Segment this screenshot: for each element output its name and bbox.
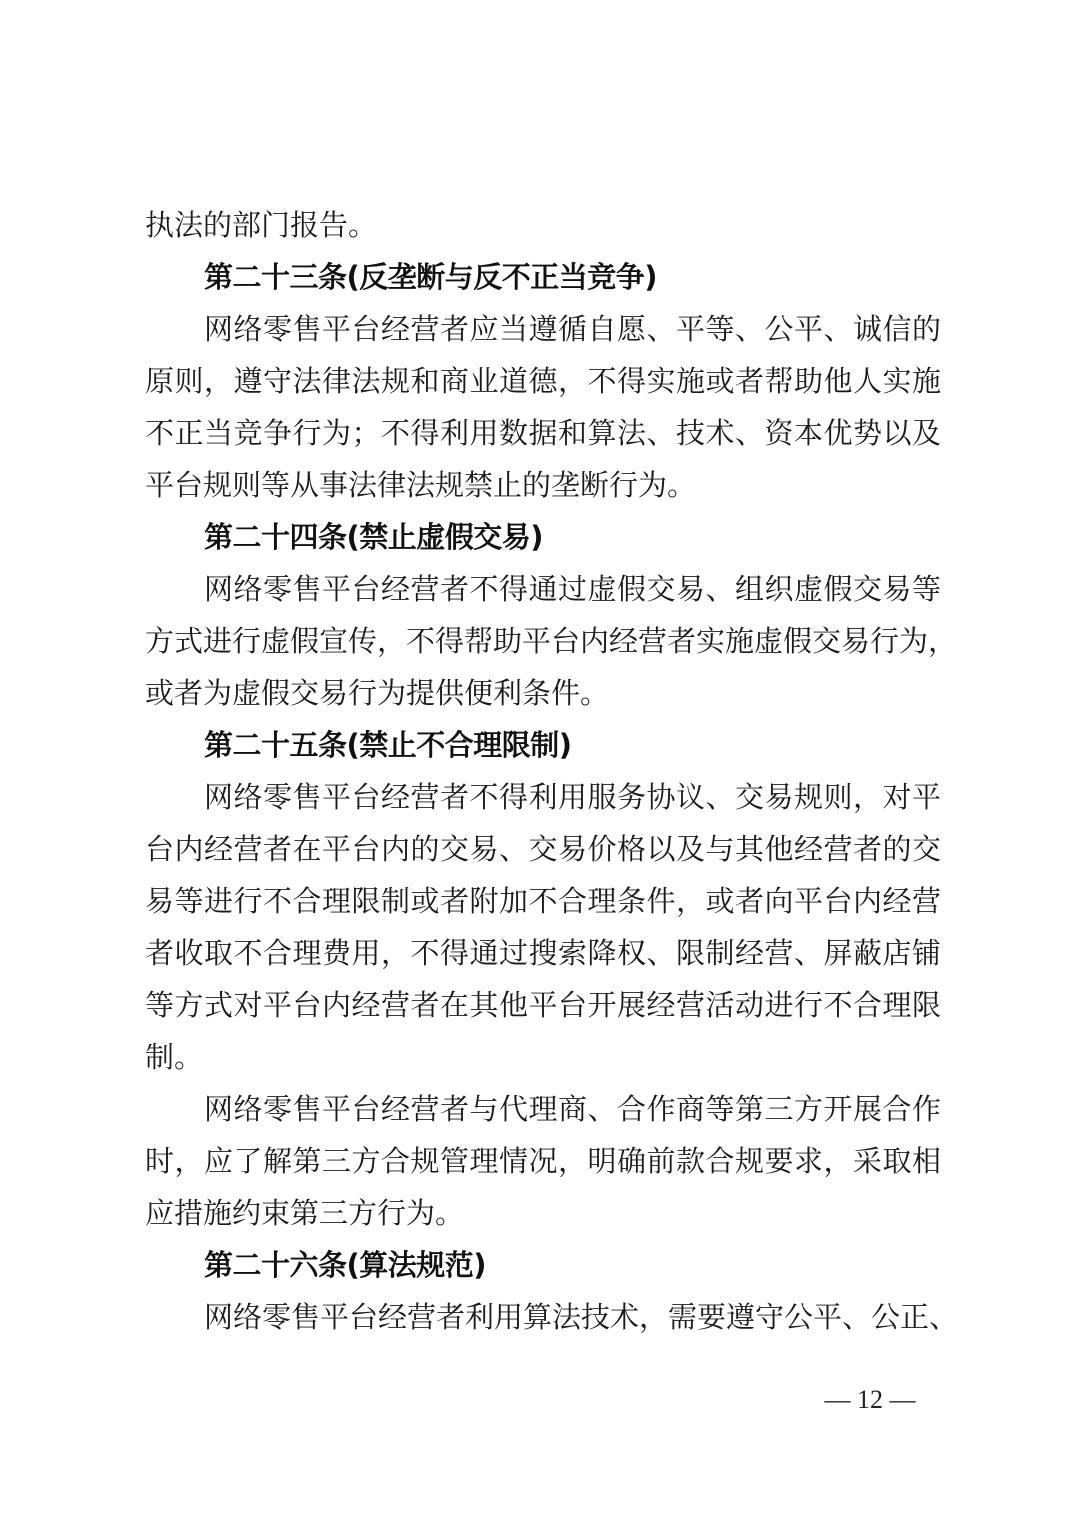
article-26-paragraph-line: 网络零售平台经营者利用算法技术，需要遵守公平、公正、 — [204, 1297, 941, 1337]
article-24-heading: 第二十四条(禁止虚假交易) — [204, 517, 543, 557]
article-23-paragraph-line: 原则，遵守法律法规和商业道德，不得实施或者帮助他人实施 — [145, 361, 941, 401]
article-24-paragraph-line: 网络零售平台经营者不得通过虚假交易、组织虚假交易等 — [204, 569, 941, 609]
page-number: — 12 — — [800, 1380, 940, 1420]
article-23-paragraph-line: 网络零售平台经营者应当遵循自愿、平等、公平、诚信的 — [204, 309, 941, 349]
article-26-heading: 第二十六条(算法规范) — [204, 1245, 486, 1285]
article-25-paragraph2-line: 网络零售平台经营者与代理商、合作商等第三方开展合作 — [204, 1089, 941, 1129]
article-24-paragraph-line: 或者为虚假交易行为提供便利条件。 — [145, 673, 941, 713]
article-25-paragraph-line: 制。 — [145, 1037, 941, 1077]
paragraph-line: 执法的部门报告。 — [145, 205, 941, 245]
article-23-heading: 第二十三条(反垄断与反不正当竞争) — [204, 257, 657, 297]
article-25-paragraph-line: 等方式对平台内经营者在其他平台开展经营活动进行不合理限 — [145, 985, 941, 1025]
article-24-paragraph-line: 方式进行虚假宣传，不得帮助平台内经营者实施虚假交易行为， — [145, 621, 941, 661]
article-23-paragraph-line: 不正当竞争行为；不得利用数据和算法、技术、资本优势以及 — [145, 413, 941, 453]
article-25-paragraph2-line: 时，应了解第三方合规管理情况，明确前款合规要求，采取相 — [145, 1141, 941, 1181]
article-25-paragraph-line: 者收取不合理费用，不得通过搜索降权、限制经营、屏蔽店铺 — [145, 933, 941, 973]
article-25-paragraph-line: 易等进行不合理限制或者附加不合理条件，或者向平台内经营 — [145, 881, 941, 921]
article-25-heading: 第二十五条(禁止不合理限制) — [204, 725, 572, 765]
article-25-paragraph-line: 网络零售平台经营者不得利用服务协议、交易规则，对平 — [204, 777, 941, 817]
article-25-paragraph2-line: 应措施约束第三方行为。 — [145, 1193, 941, 1233]
article-23-paragraph-line: 平台规则等从事法律法规禁止的垄断行为。 — [145, 465, 941, 505]
article-25-paragraph-line: 台内经营者在平台内的交易、交易价格以及与其他经营者的交 — [145, 829, 941, 869]
document-page: 执法的部门报告。 第二十三条(反垄断与反不正当竞争) 网络零售平台经营者应当遵循… — [0, 0, 1080, 1527]
